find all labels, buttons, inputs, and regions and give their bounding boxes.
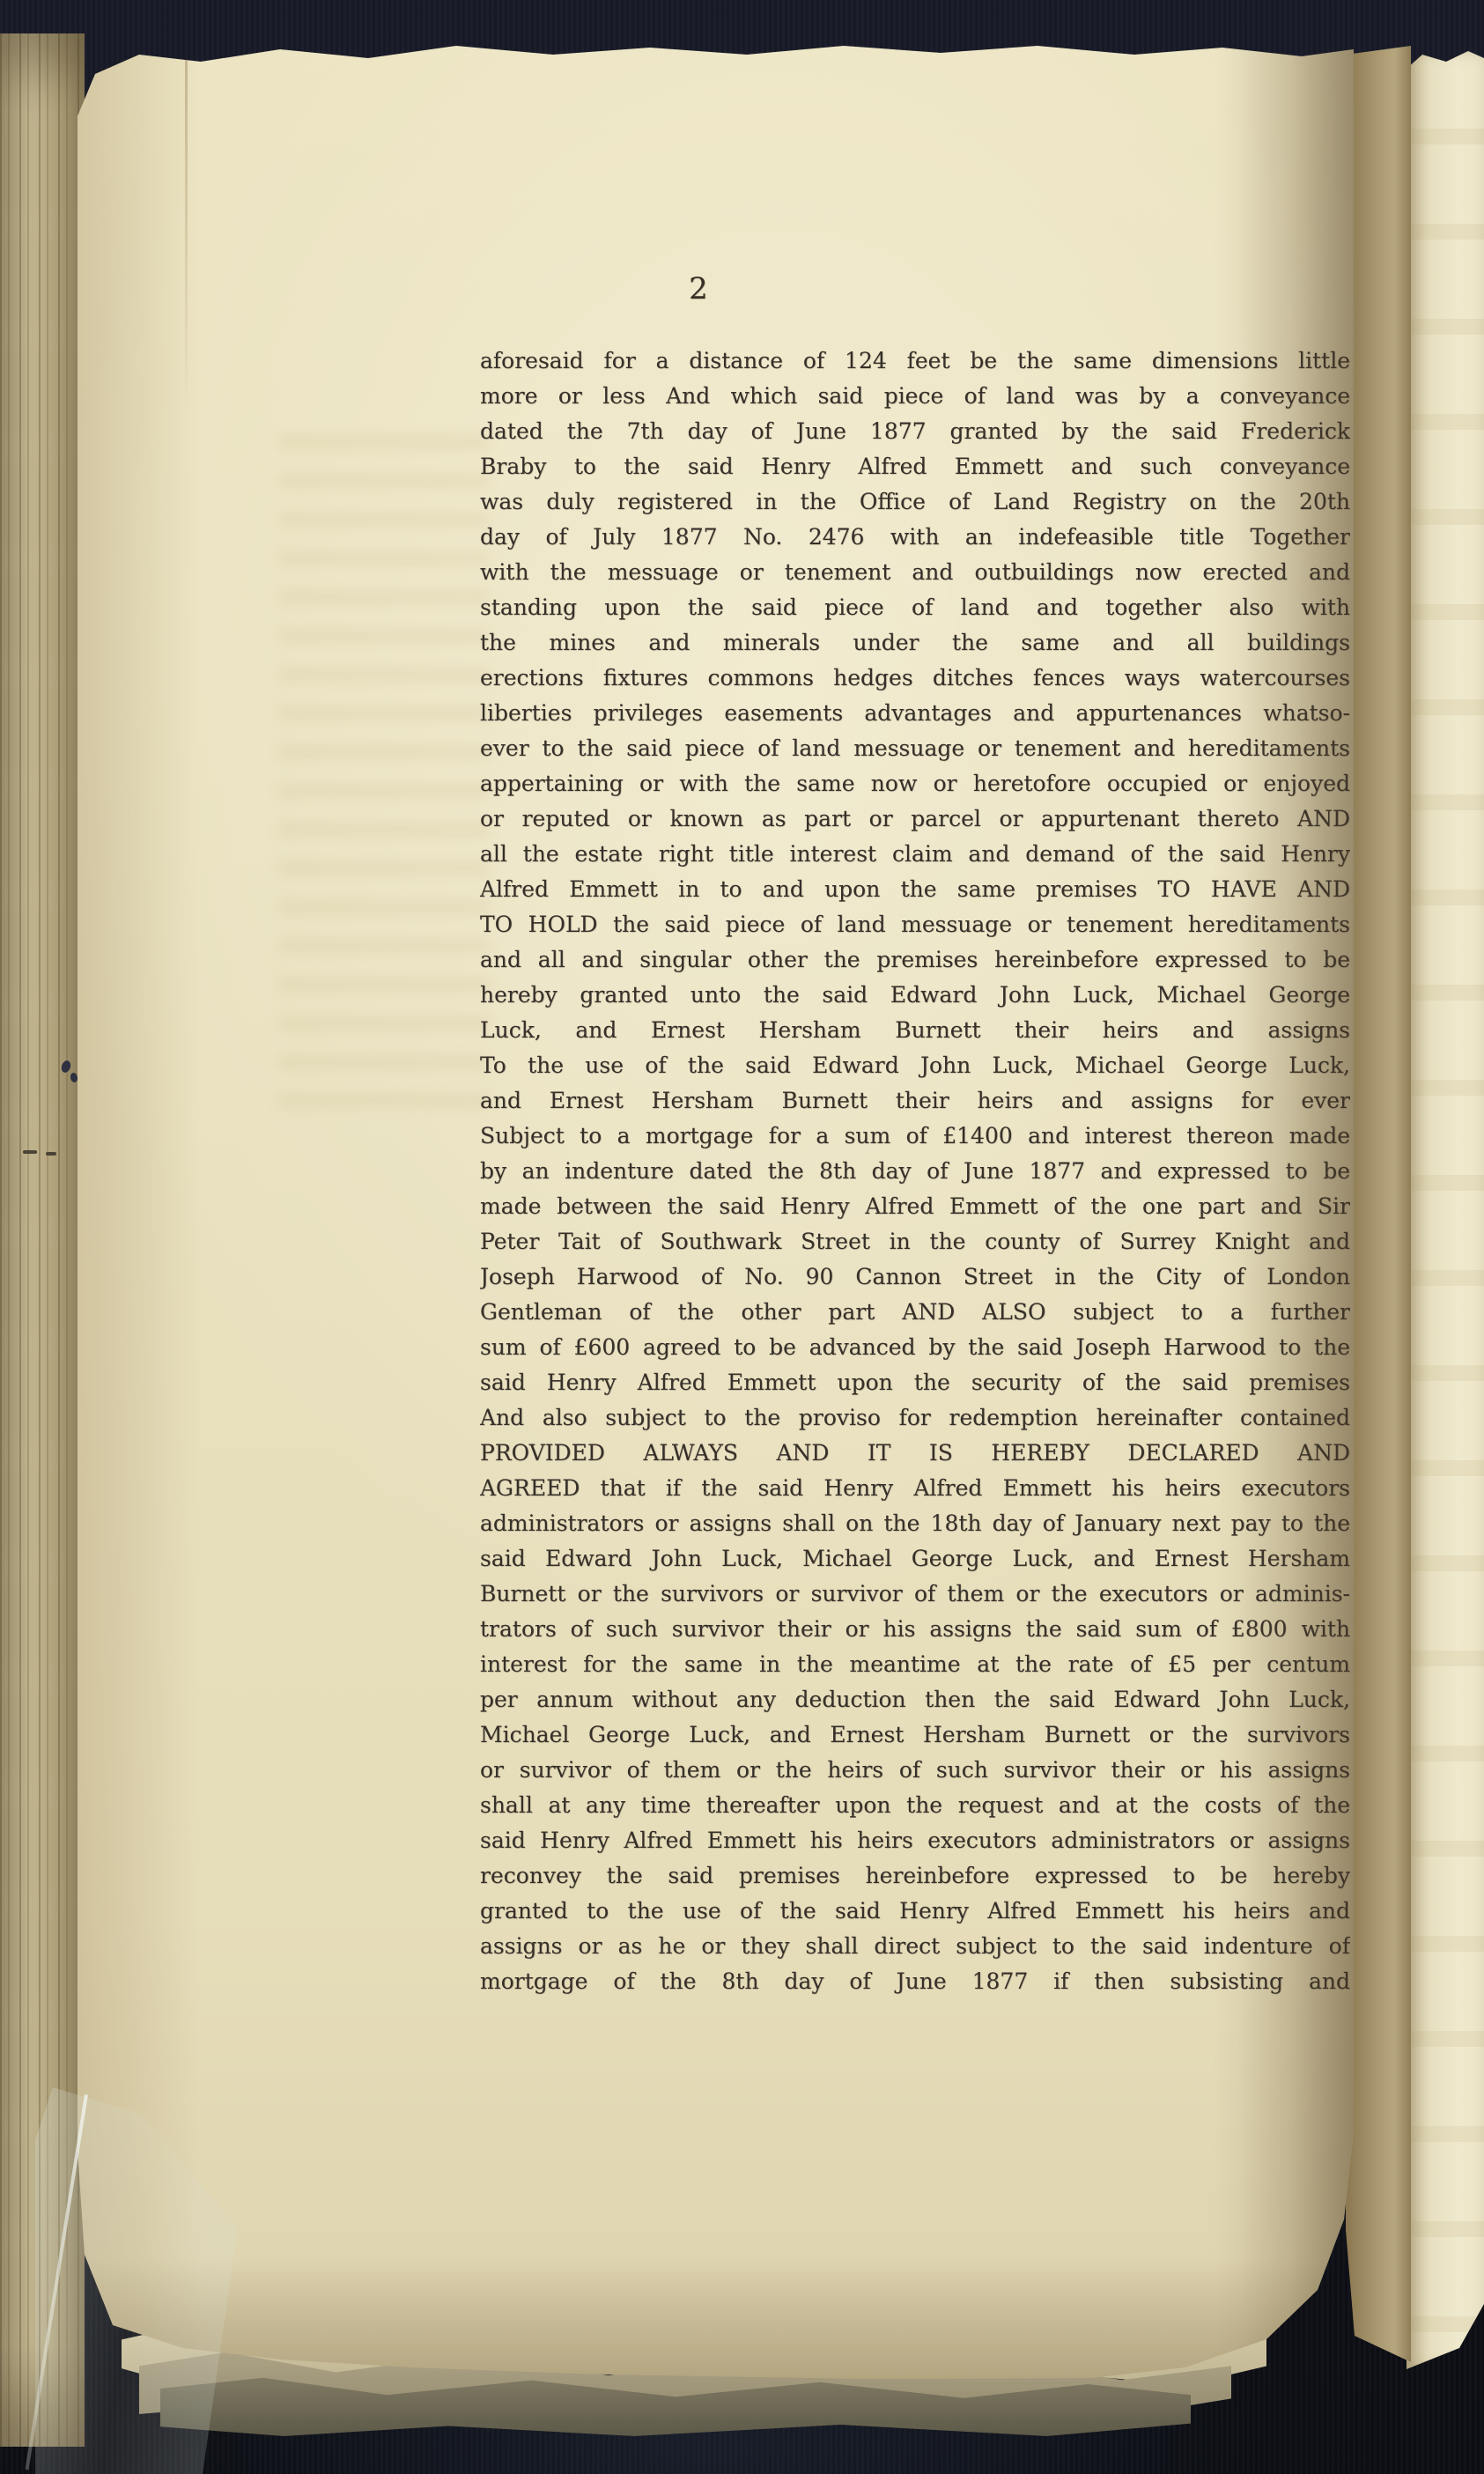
text-line: aforesaid for a distance of 124 feet be …: [480, 343, 1350, 379]
text-line: appertaining or with the same now or her…: [480, 766, 1350, 801]
text-line: interest for the same in the meantime at…: [480, 1647, 1350, 1682]
text-line: Braby to the said Henry Alfred Emmett an…: [480, 449, 1350, 484]
text-line: Michael George Luck, and Ernest Hersham …: [480, 1717, 1350, 1753]
text-line: said Henry Alfred Emmett upon the securi…: [480, 1365, 1350, 1400]
text-line: To the use of the said Edward John Luck,…: [480, 1048, 1350, 1083]
text-line: said Henry Alfred Emmett his heirs execu…: [480, 1823, 1350, 1858]
text-line: trators of such survivor their or his as…: [480, 1612, 1350, 1647]
text-line: per annum without any deduction then the…: [480, 1682, 1350, 1717]
text-line: made between the said Henry Alfred Emmet…: [480, 1189, 1350, 1224]
page-number: 2: [659, 271, 738, 306]
text-line: dated the 7th day of June 1877 granted b…: [480, 414, 1350, 449]
text-line: Gentleman of the other part AND ALSO sub…: [480, 1295, 1350, 1330]
text-line: all the estate right title interest clai…: [480, 837, 1350, 872]
text-line: TO HOLD the said piece of land messuage …: [480, 907, 1350, 942]
text-line: and Ernest Hersham Burnett their heirs a…: [480, 1083, 1350, 1119]
text-line: Joseph Harwood of No. 90 Cannon Street i…: [480, 1259, 1350, 1295]
text-line: Alfred Emmett in to and upon the same pr…: [480, 872, 1350, 907]
text-line: mortgage of the 8th day of June 1877 if …: [480, 1964, 1350, 1999]
text-line: more or less And which said piece of lan…: [480, 379, 1350, 414]
text-line: AGREED that if the said Henry Alfred Emm…: [480, 1471, 1350, 1506]
text-line: or survivor of them or the heirs of such…: [480, 1753, 1350, 1788]
text-line: reconvey the said premises hereinbefore …: [480, 1858, 1350, 1894]
text-line: Subject to a mortgage for a sum of £1400…: [480, 1119, 1350, 1154]
text-line: Burnett or the survivors or survivor of …: [480, 1577, 1350, 1612]
text-line: or reputed or known as part or parcel or…: [480, 801, 1350, 837]
text-line: shall at any time thereafter upon the re…: [480, 1788, 1350, 1823]
book-scan-photo: 2 aforesaid for a distance of 124 feet b…: [0, 0, 1484, 2474]
text-line: ever to the said piece of land messuage …: [480, 731, 1350, 766]
text-line: granted to the use of the said Henry Alf…: [480, 1894, 1350, 1929]
text-line: assigns or as he or they shall direct su…: [480, 1929, 1350, 1964]
ink-speck: [23, 1150, 37, 1154]
text-line: liberties privileges easements advantage…: [480, 696, 1350, 731]
text-line: with the messuage or tenement and outbui…: [480, 555, 1350, 590]
text-line: hereby granted unto the said Edward John…: [480, 978, 1350, 1013]
text-line: PROVIDED ALWAYS AND IT IS HEREBY DECLARE…: [480, 1436, 1350, 1471]
text-line: the mines and minerals under the same an…: [480, 625, 1350, 661]
next-page-edge: [1406, 49, 1484, 2369]
page-text: aforesaid for a distance of 124 feet be …: [480, 343, 1350, 1999]
text-line: And also subject to the proviso for rede…: [480, 1400, 1350, 1436]
text-line: Luck, and Ernest Hersham Burnett their h…: [480, 1013, 1350, 1048]
text-line: standing upon the said piece of land and…: [480, 590, 1350, 625]
text-line: and all and singular other the premises …: [480, 942, 1350, 978]
text-line: Peter Tait of Southwark Street in the co…: [480, 1224, 1350, 1259]
text-line: administrators or assigns shall on the 1…: [480, 1506, 1350, 1541]
page-crease: [185, 42, 188, 412]
text-line: was duly registered in the Office of Lan…: [480, 484, 1350, 520]
text-line: erections fixtures commons hedges ditche…: [480, 661, 1350, 696]
show-through-texture: [278, 414, 490, 1110]
book-page: 2 aforesaid for a distance of 124 feet b…: [78, 35, 1354, 2385]
text-line: day of July 1877 No. 2476 with an indefe…: [480, 520, 1350, 555]
text-line: said Edward John Luck, Michael George Lu…: [480, 1541, 1350, 1577]
text-line: by an indenture dated the 8th day of Jun…: [480, 1154, 1350, 1189]
text-line: sum of £600 agreed to be advanced by the…: [480, 1330, 1350, 1365]
left-page-edges: [0, 33, 85, 2447]
ink-speck: [46, 1152, 56, 1156]
page-gutter-shadow: [1346, 46, 1411, 2362]
